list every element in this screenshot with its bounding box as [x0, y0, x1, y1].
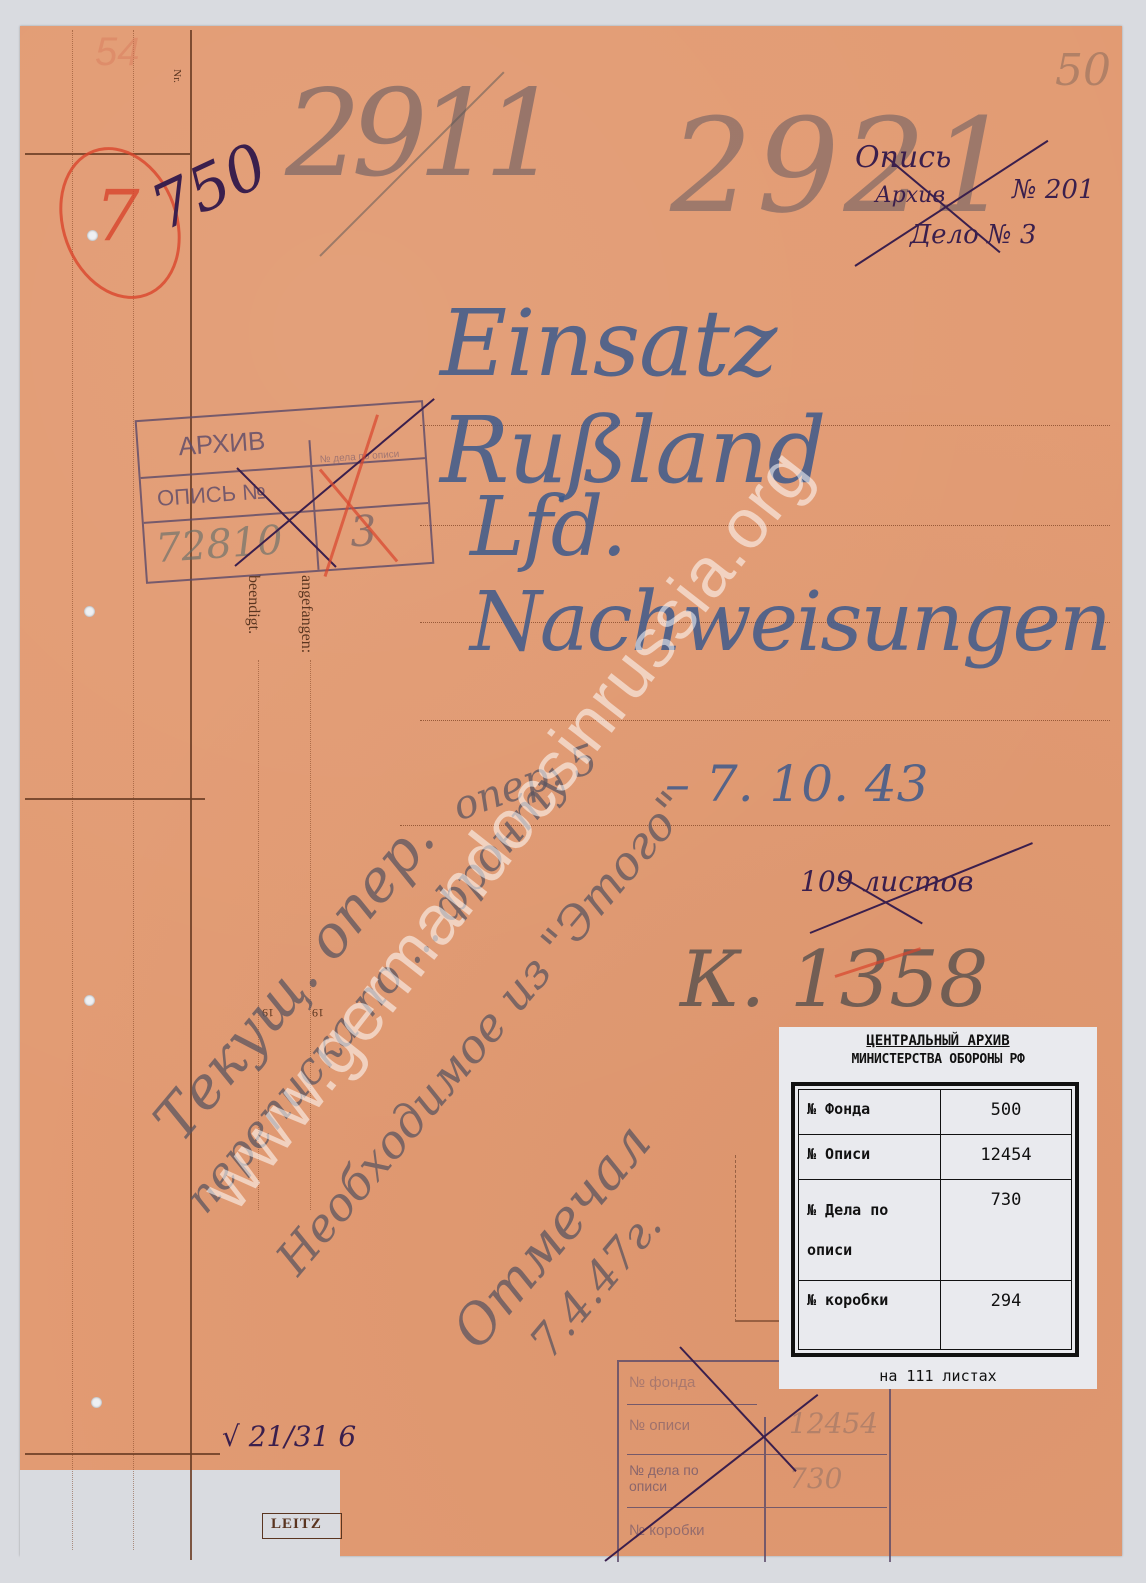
stamp-divider [627, 1454, 887, 1455]
archive-stamp: АРХИВ ОПИСЬ № 72810 № дела по описи 3 [135, 400, 435, 584]
old-archive-stamp: № фонда № описи 12454 № дела по описи 73… [617, 1360, 891, 1562]
delo-number: Дело № 3 [910, 220, 1036, 250]
label-key: № Дела по описи [799, 1179, 941, 1280]
archive-label: ЦЕНТРАЛЬНЫЙ АРХИВ МИНИСТЕРСТВА ОБОРОНЫ Р… [779, 1027, 1097, 1389]
printed-nr-mark: Nr. [171, 69, 183, 83]
old-stamp-value: 12454 [789, 1407, 878, 1440]
label-row-fond: № Фонда 500 [799, 1090, 1072, 1135]
label-beendigt: beendigt. [244, 575, 262, 634]
old-stamp-row: № фонда [629, 1374, 695, 1391]
form-horizontal-rule [25, 1453, 220, 1455]
box-number: К. 1358 [680, 935, 988, 1025]
label-title-line-1: ЦЕНТРАЛЬНЫЙ АРХИВ [779, 1033, 1097, 1049]
label-value: 12454 [940, 1134, 1071, 1179]
old-stamp-row: № описи [629, 1417, 690, 1434]
label-key: № коробки [799, 1280, 941, 1349]
maker-label: LEITZ [271, 1516, 322, 1533]
checkmark-fraction: √ 21/31 6 [222, 1420, 356, 1453]
punch-hole [84, 606, 95, 617]
label-row-opis: № Описи 12454 [799, 1134, 1072, 1179]
stamp-title: АРХИВ [178, 425, 267, 462]
form-vertical-rule [190, 30, 192, 1560]
date-line: – 7. 10. 43 [665, 755, 929, 813]
opis-number: № 201 [1012, 175, 1095, 205]
crossed-sheet-count: 109 листов [800, 865, 974, 898]
label-value: 730 [940, 1179, 1071, 1280]
faint-number-top-right: 50 [1055, 45, 1111, 96]
stamp-divider [627, 1507, 887, 1508]
title-line-2: Lfd. Nachweisungen [470, 480, 1146, 670]
label-sheet-count: на 111 листах [779, 1367, 1097, 1385]
label-value: 294 [940, 1280, 1071, 1349]
label-value: 500 [940, 1090, 1071, 1135]
label-table: № Фонда 500 № Описи 12454 № Дела по опис… [798, 1089, 1072, 1350]
label-frame: № Фонда 500 № Описи 12454 № Дела по опис… [791, 1082, 1079, 1357]
stamp-divider [627, 1404, 757, 1405]
label-row-box: № коробки 294 [799, 1280, 1072, 1349]
circled-number: 7 [95, 175, 140, 257]
old-stamp-value: 730 [789, 1462, 842, 1495]
label-key: № Описи [799, 1134, 941, 1179]
label-row-delo: № Дела по описи 730 [799, 1179, 1072, 1280]
label-key: № Фонда [799, 1090, 941, 1135]
label-angefangen: angefangen: [297, 575, 315, 653]
writing-line [420, 720, 1110, 721]
leitz-maker-box: LEITZ [262, 1513, 342, 1539]
crossed-pencil-number: 2911 [285, 65, 550, 204]
punch-hole [91, 1397, 102, 1408]
stamp-value: 72810 [154, 517, 284, 572]
faint-red-number: 54 [95, 30, 140, 75]
punch-hole [84, 995, 95, 1006]
form-horizontal-rule [25, 798, 205, 800]
label-title-line-2: МИНИСТЕРСТВА ОБОРОНЫ РФ [779, 1052, 1097, 1067]
